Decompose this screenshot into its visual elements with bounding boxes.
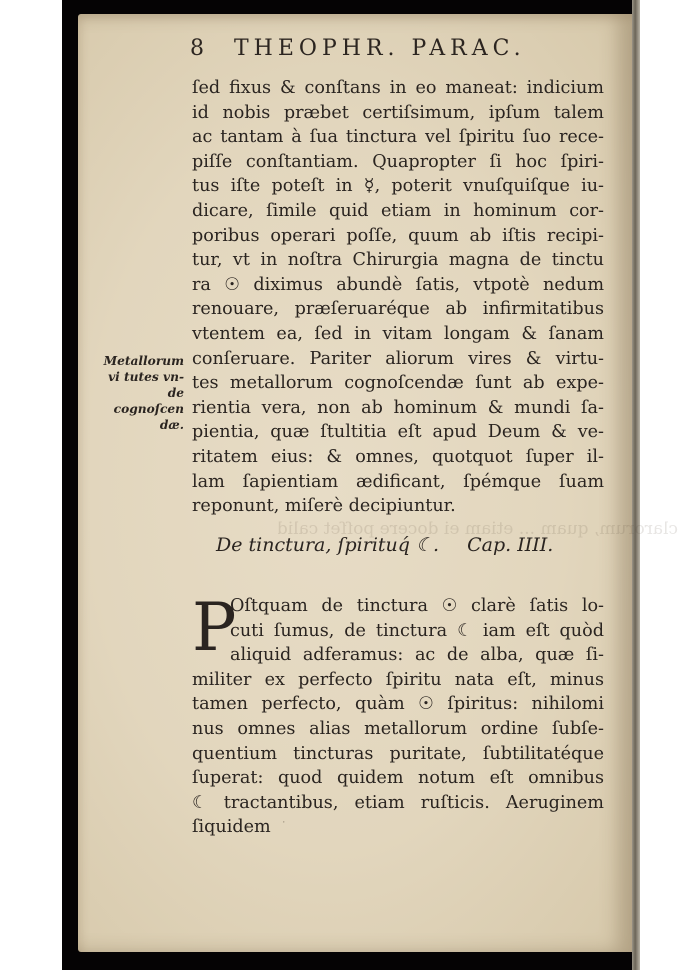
- text-line: cuti ſumus, de tinctura ☾ iam eſt quòd: [192, 619, 604, 644]
- marginal-note-line: Metallorum: [100, 353, 184, 369]
- text-line: ac tantam à ſua tinctura vel ſpiritu ſuo…: [192, 125, 604, 150]
- paragraph-2: P Oſtquam de tinctura ☉ clarè ſatis lo- …: [192, 594, 604, 840]
- page-number: 8: [190, 36, 204, 61]
- text-line: tes metallorum cognoſcendæ ſunt ab expe-: [192, 371, 604, 396]
- book-page: clarorum, quam ... etiam ei docere poſſe…: [78, 14, 632, 952]
- marginal-note-line: vi tutes vn-: [100, 369, 184, 385]
- bleed-through-text: clarorum, quam ... etiam ei docere poſſe…: [278, 519, 678, 599]
- paragraph-1: ſed fixus & conſtans in eo maneat: indic…: [192, 76, 604, 519]
- text-line: tur, vt in noſtra Chirurgia magna de tin…: [192, 248, 604, 273]
- text-line: nus omnes alias metallorum ordine ſubſe-: [192, 717, 604, 742]
- chapter-heading: De tinctura, ſpirituq́ ☾. Cap. IIII.: [216, 534, 596, 556]
- text-line: quentium tincturas puritate, ſubtilitaté…: [192, 742, 604, 767]
- text-line: vtentem ea, ſed in vitam longam & ſanam: [192, 322, 604, 347]
- running-head: 8 THEOPHR. PARAC.: [190, 36, 610, 61]
- text-line: id nobis præbet certiſsimum, ipſum talem: [192, 101, 604, 126]
- chapter-title: De tinctura, ſpirituq́ ☾.: [216, 534, 439, 556]
- text-line: piſſe conſtantiam. Quapropter ſi hoc ſpi…: [192, 150, 604, 175]
- ink-specks: · ˙: [246, 820, 301, 833]
- text-line: militer ex perfecto ſpiritu nata eſt, mi…: [192, 668, 604, 693]
- text-line: ſed fixus & conſtans in eo maneat: indic…: [192, 76, 604, 101]
- text-line: ☾ tractantibus, etiam ruſticis. Aerugine…: [192, 791, 604, 816]
- text-line: renouare, præſeruaréque ab infirmitatibu…: [192, 297, 604, 322]
- text-line: ritatem eius: & omnes, quotquot ſuper il…: [192, 445, 604, 470]
- text-line: tus iſte poteſt in ☿, poterit vnuſquiſqu…: [192, 174, 604, 199]
- drop-cap: P: [192, 598, 236, 658]
- text-line: reponunt, miſerè decipiuntur.: [192, 494, 604, 519]
- text-line: ra ☉ diximus abundè ſatis, vtpotè nedum: [192, 273, 604, 298]
- text-line: pientia, quæ ſtultitia eſt apud Deum & v…: [192, 420, 604, 445]
- running-head-title: THEOPHR. PARAC.: [234, 36, 526, 61]
- text-line: tamen perfecto, quàm ☉ ſpiritus: nihilom…: [192, 692, 604, 717]
- text-line: dicare, ſimile quid etiam in hominum cor…: [192, 199, 604, 224]
- chapter-number: Cap. IIII.: [467, 534, 553, 556]
- text-line: rientia vera, non ab hominum & mundi ſa-: [192, 396, 604, 421]
- text-line: Oſtquam de tinctura ☉ clarè ſatis lo-: [192, 594, 604, 619]
- text-line: poribus operari poſſe, quum ab iſtis rec…: [192, 224, 604, 249]
- text-line: aliquid adferamus: ac de alba, quæ ſi-: [192, 643, 604, 668]
- text-line: conſeruare. Pariter aliorum vires & virt…: [192, 347, 604, 372]
- text-line: ſuperat: quod quidem notum eſt omnibus: [192, 766, 604, 791]
- text-line: lam ſapientiam ædificant, ſpémque ſuam: [192, 470, 604, 495]
- marginal-note: Metallorum vi tutes vn- de cognoſcen dæ.: [100, 353, 184, 433]
- page-edge: [632, 0, 640, 970]
- marginal-note-line: dæ.: [100, 417, 184, 433]
- marginal-note-line: de cognoſcen: [100, 385, 184, 417]
